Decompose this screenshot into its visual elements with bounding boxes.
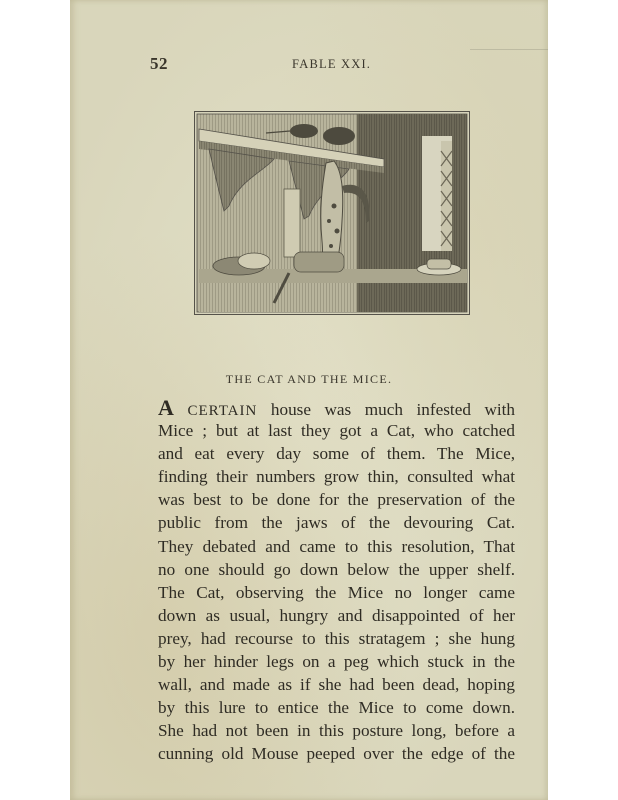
text-line: no one should go down below the upper sh…: [158, 558, 515, 581]
engraving-illustration: [194, 111, 470, 315]
text-line: prey, had recourse to this stratagem ; s…: [158, 627, 515, 650]
text-line: was best to be done for the preservation…: [158, 488, 515, 511]
fable-title: THE CAT AND THE MICE.: [70, 372, 548, 387]
text-line: and eat every day some of them. The Mice…: [158, 442, 515, 465]
text-line: finding their numbers grow thin, consult…: [158, 465, 515, 488]
book-page: 52 FABLE XXI.: [70, 0, 548, 800]
text-line: by this lure to entice the Mice to come …: [158, 696, 515, 719]
text-line: They debated and came to this resolution…: [158, 535, 515, 558]
text-line: A CERTAIN house was much infested with: [158, 396, 515, 419]
page-mark: [470, 49, 548, 50]
fable-body-text: A CERTAIN house was much infested with M…: [158, 396, 515, 766]
small-caps-word: CERTAIN: [187, 403, 257, 419]
fable-number: FABLE XXI.: [292, 57, 371, 72]
page-number: 52: [150, 54, 168, 74]
text-line: down as usual, hungry and disappointed o…: [158, 604, 515, 627]
text-line: public from the jaws of the devouring Ca…: [158, 511, 515, 534]
text-line: by her hinder legs on a peg which stuck …: [158, 650, 515, 673]
text-line: wall, and made as if she had been dead, …: [158, 673, 515, 696]
text-line: Mice ; but at last they got a Cat, who c…: [158, 419, 515, 442]
running-head: 52 FABLE XXI.: [150, 54, 510, 74]
engraving-image-icon: [194, 111, 470, 315]
initial-letter: A: [158, 395, 174, 420]
text-line: cunning old Mouse peeped over the edge o…: [158, 742, 515, 765]
text-line: The Cat, observing the Mice no longer ca…: [158, 581, 515, 604]
text-line: She had not been in this posture long, b…: [158, 719, 515, 742]
text-segment: house was much infested with: [257, 400, 515, 419]
